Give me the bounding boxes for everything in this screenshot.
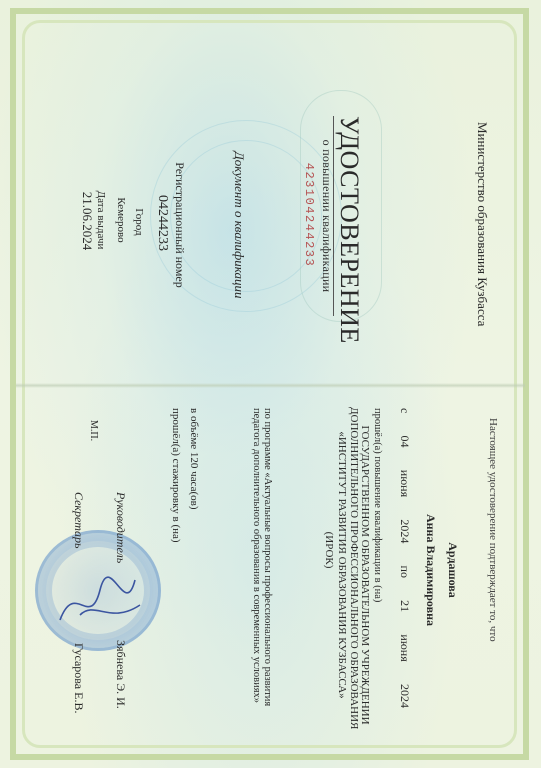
fold-line: [16, 383, 525, 388]
ministry-name: Министерство образования Кузбасса: [474, 122, 490, 312]
period-from-prefix: с: [397, 408, 412, 413]
organization-line: ДОПОЛНИТЕЛЬНОГО ПРОФЕССИОНАЛЬНОГО ОБРАЗО…: [348, 407, 360, 727]
serial-number: 423104244233: [302, 130, 316, 300]
secretary-name: Гусарова Е.В.: [71, 643, 86, 723]
registration-label: Регистрационный номер: [172, 150, 187, 300]
confirmation-text: Настоящее удостоверение подтверждает то,…: [487, 418, 499, 668]
document-type: Документ о квалификации: [231, 150, 247, 300]
period-from-month: июня: [397, 470, 412, 497]
program-line: педагога дополнительного образования в с…: [251, 408, 262, 728]
certificate-sheet: Министерство образования Кузбасса УДОСТО…: [0, 0, 541, 768]
period-to-month: июня: [397, 634, 412, 661]
program-line: по программе «Актуальные вопросы професс…: [262, 408, 273, 728]
certificate-subtitle: о повышении квалификации: [319, 116, 334, 316]
stamp-place-label: М.П.: [88, 420, 99, 460]
certificate-title: УДОСТОВЕРЕНИЕ: [333, 116, 364, 316]
secretary-label: Секретарь: [71, 492, 86, 572]
issue-date: 21.06.2024: [79, 176, 95, 266]
passed-training-text: прошёл(а) повышение квалификации в (на): [372, 408, 383, 668]
head-name: Зябнева Э. И.: [113, 640, 128, 720]
training-volume: в объёме 120 часа(ов): [188, 408, 200, 558]
period-to-prefix: по: [397, 566, 412, 578]
registration-number: 04244233: [154, 168, 170, 278]
period-to-day: 21: [397, 600, 412, 612]
city-label: Город: [133, 182, 145, 262]
training-period: с 04 июня 2024 по 21 июня 2024: [397, 408, 412, 708]
period-to-year: 2024: [397, 684, 412, 708]
internship-text: прошёл(а) стажировку в (на): [170, 408, 182, 588]
organization-line: «ИНСТИТУТ РАЗВИТИЯ ОБРАЗОВАНИЯ КУЗБАССА»: [336, 420, 348, 710]
signature-icon: [40, 560, 160, 640]
holder-given-names: Анна Владимировна: [423, 485, 438, 655]
period-from-day: 04: [397, 436, 412, 448]
issue-date-label: Дата выдачи: [95, 180, 107, 260]
period-from-year: 2024: [397, 519, 412, 543]
organization-abbr: (ИРОК): [323, 500, 335, 600]
city-value: Кемерово: [115, 175, 127, 265]
head-label: Руководитель: [113, 492, 128, 582]
holder-surname: Ардашова: [445, 520, 460, 620]
organization-line: ГОСУДАРСТВЕННОМ ОБРАЗОВАТЕЛЬНОМ УЧРЕЖДЕН…: [359, 425, 371, 725]
